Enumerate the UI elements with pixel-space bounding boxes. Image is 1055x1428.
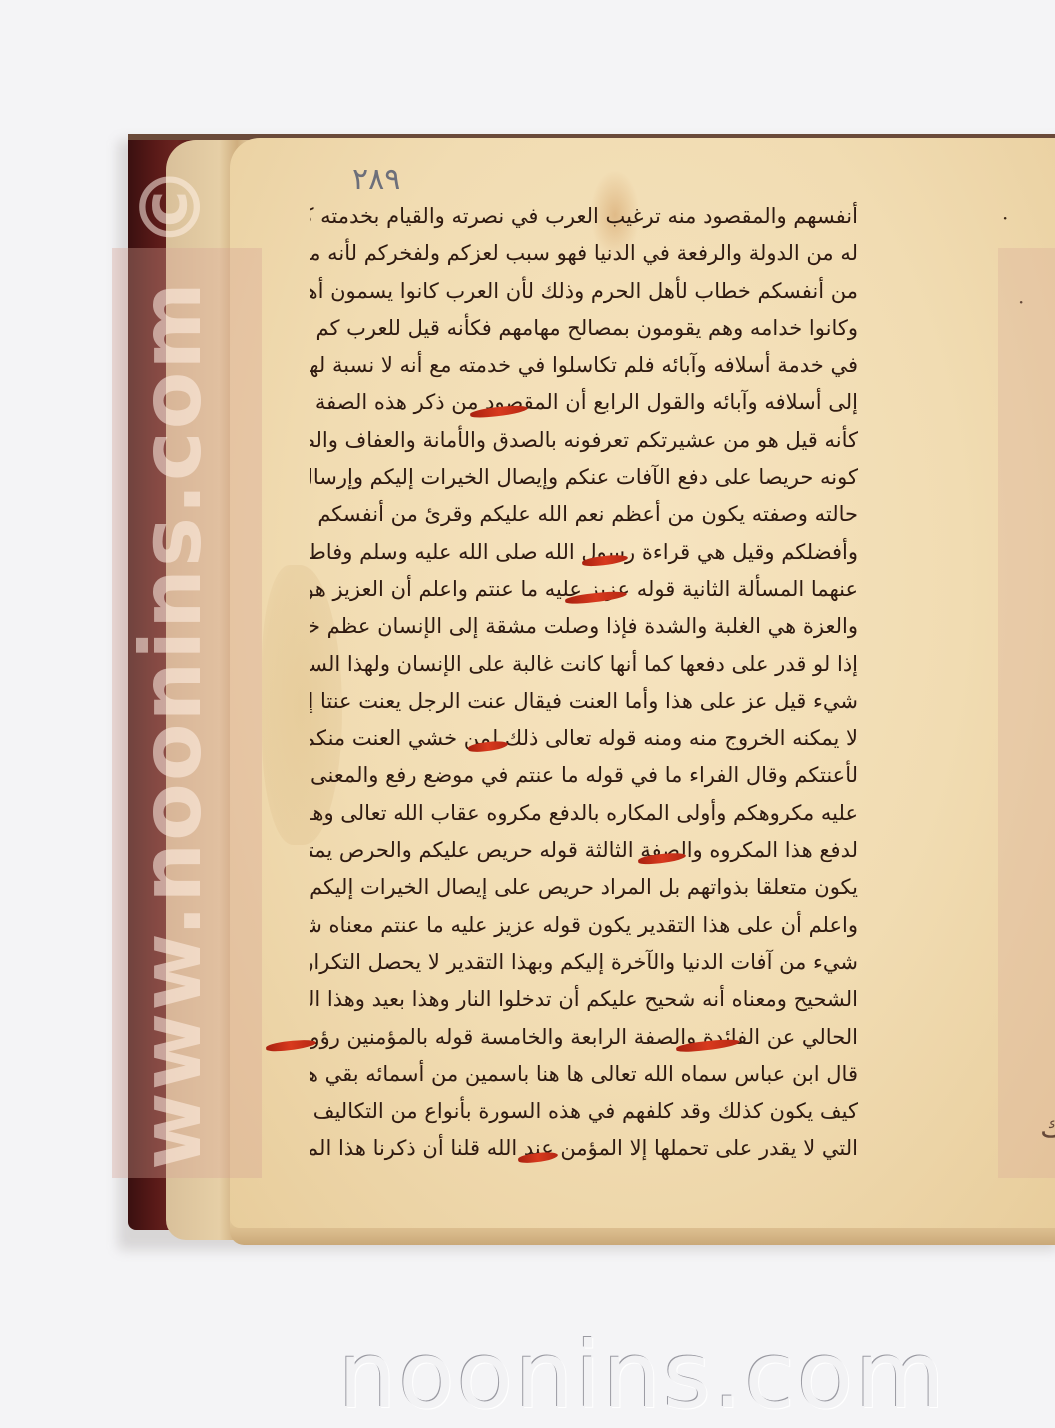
manuscript-line: إلى أسلافه وآبائه والقول الرابع أن المقص… <box>310 384 858 421</box>
manuscript-line: إذا لو قدر على دفعها كما أنها كانت غالبة… <box>310 646 858 683</box>
margin-dot: · <box>1002 206 1008 230</box>
manuscript-line: الشحيح ومعناه أنه شحيح عليكم أن تدخلوا ا… <box>310 981 858 1018</box>
manuscript-line: لأعنتكم وقال الفراء ما في قوله ما عنتم ف… <box>310 757 858 794</box>
manuscript-line: حالته وصفته يكون من أعظم نعم الله عليكم … <box>310 496 858 533</box>
manuscript-line: شيء قيل عز على هذا وأما العنت فيقال عنت … <box>310 683 858 720</box>
manuscript-line: الحالي عن الفائدة والصفة الرابعة والخامس… <box>310 1019 858 1056</box>
manuscript-line: والعزة هي الغلبة والشدة فإذا وصلت مشقة إ… <box>310 608 858 645</box>
watermark-band-right <box>998 248 1055 1178</box>
manuscript-line: عليه مكروهكم وأولى المكاره بالدفع مكروه … <box>310 795 858 832</box>
manuscript-line: كونه حريصا على دفع الآفات عنكم وإيصال ال… <box>310 459 858 496</box>
watermark-bottom: noonins.com <box>338 1322 947 1428</box>
manuscript-line: كيف يكون كذلك وقد كلفهم في هذه السورة بأ… <box>310 1093 858 1130</box>
manuscript-line: وكانوا خدامه وهم يقومون بمصالح مهامهم فك… <box>310 310 858 347</box>
watermark-vertical: www.noonins.com © <box>122 163 220 1170</box>
manuscript-line: التي لا يقدر على تحملها إلا المؤمن عند ا… <box>310 1130 858 1167</box>
manuscript-line: شيء من آفات الدنيا والآخرة إليكم وبهذا ا… <box>310 944 858 981</box>
manuscript-line: لدفع هذا المكروه والصفة الثالثة قوله حري… <box>310 832 858 869</box>
manuscript-line: قال ابن عباس سماه الله تعالى ها هنا باسم… <box>310 1056 858 1093</box>
folio-number: ٢٨٩ <box>352 162 400 197</box>
manuscript-text: أنفسهم والمقصود منه ترغيب العرب في نصرته… <box>310 198 858 1168</box>
manuscript-line: لا يمكنه الخروج منه ومنه قوله تعالى ذلك … <box>310 720 858 757</box>
manuscript-line: واعلم أن على هذا التقدير يكون قوله عزيز … <box>310 907 858 944</box>
manuscript-line: كأنه قيل هو من عشيرتكم تعرفونه بالصدق وا… <box>310 422 858 459</box>
manuscript-line: له من الدولة والرفعة في الدنيا فهو سبب ل… <box>310 235 858 272</box>
manuscript-line: أنفسهم والمقصود منه ترغيب العرب في نصرته… <box>310 198 858 235</box>
manuscript-line: من أنفسكم خطاب لأهل الحرم وذلك لأن العرب… <box>310 273 858 310</box>
manuscript-line: يكون متعلقا بذواتهم بل المراد حريص على إ… <box>310 869 858 906</box>
manuscript-line: في خدمة أسلافه وآبائه فلم تكاسلوا في خدم… <box>310 347 858 384</box>
